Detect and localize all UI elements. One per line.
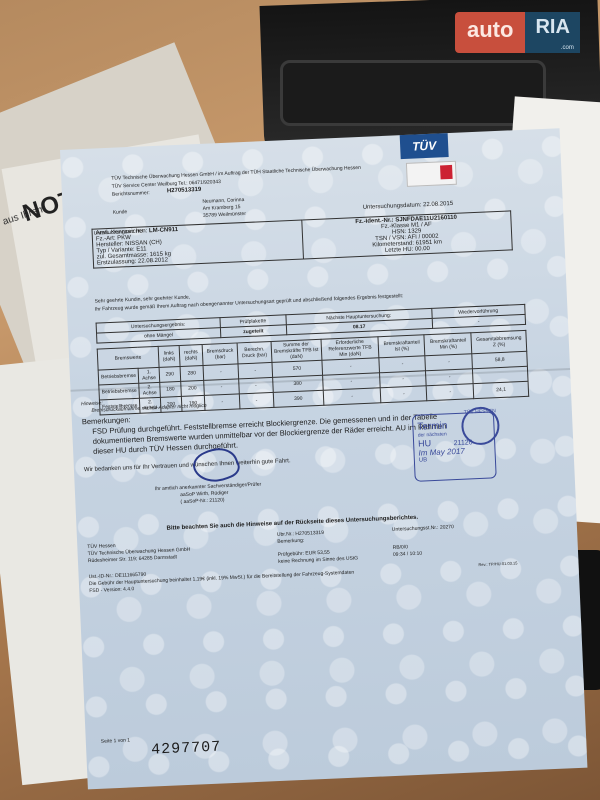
- hu-date-stamp: Termin der nächsten HU 21120 Im May 2017…: [412, 411, 497, 482]
- rev: Rev.: TP/HU-01.03.15: [478, 560, 517, 567]
- vehicle-right-col: Fz.-Ident.-Nr.: SJNFDAE11U2160110 Fz.-Kl…: [301, 211, 512, 259]
- bericht-nr: H270513319: [167, 187, 202, 194]
- tuv-inspection-report: TÜV TÜV Technische Überwachung Hessen Gm…: [60, 128, 587, 789]
- bemerkung: Bemerkung:: [277, 538, 304, 545]
- field-value: LM-CN911: [149, 227, 178, 234]
- notice: Bitte beachten Sie auch die Hinweise auf…: [166, 515, 418, 532]
- fsd-version: FSD - Version: 4.4.0: [89, 586, 134, 594]
- kunde-city: 35789 Weilmünster: [203, 211, 246, 219]
- brake-header: Summe der Bremskräfte TFB Ist (daN): [271, 339, 322, 362]
- watermark-ria-text: RIA: [535, 16, 569, 38]
- header-line-1: TÜV Technische Überwachung Hessen GmbH /…: [111, 165, 361, 182]
- brake-header: links (daN): [158, 345, 180, 367]
- brake-cell: -: [238, 362, 272, 378]
- plakette: zugeteilt: [220, 325, 287, 338]
- brake-cell: 24,1: [473, 381, 528, 398]
- vehicle-left-col: Amtl. Kennzeichen: LM-CN911 Fz.-Art: PKW…: [92, 220, 303, 268]
- watermark-auto: auto: [455, 12, 525, 53]
- hessen-crest-logo: [406, 161, 457, 187]
- brake-cell: 180: [160, 381, 182, 397]
- brake-cell: 290: [159, 366, 181, 382]
- brake-header: Gesamtabbremsung Z (%): [471, 330, 527, 353]
- watermark-ria: RIA .com: [525, 12, 579, 53]
- serial-number: 4297707: [151, 739, 222, 759]
- kunde-label: Kunde: [113, 209, 128, 216]
- autoria-watermark: auto RIA .com: [455, 12, 580, 53]
- watermark-com: .com: [561, 45, 574, 51]
- page-number: Seite 1 von 1: [101, 738, 130, 745]
- brake-cell: 200: [181, 380, 205, 396]
- brake-header: Bremskraftanteil Ist (%): [378, 335, 425, 358]
- brake-header: Erforderliche Referenzwerte TFB Min (daN…: [321, 337, 379, 360]
- brake-cell: 2. Achse: [139, 382, 160, 398]
- vehicle-data-table: Amtl. Kennzeichen: LM-CN911 Fz.-Art: PKW…: [91, 210, 512, 268]
- ubr-nr: Ubr.Nr.: H270513319: [277, 530, 324, 538]
- brake-header: Bremswerte: [97, 346, 159, 370]
- rb: RB/0/0: [393, 544, 409, 551]
- brake-header: Bremskraftanteil Min (%): [424, 333, 472, 356]
- brake-cell: -: [323, 388, 381, 405]
- crest-icon: [440, 165, 453, 180]
- wallet-strap: [280, 60, 546, 126]
- field-label: Erstzulassung:: [97, 259, 137, 267]
- brake-cell: -: [204, 379, 240, 396]
- stamp-hu: HU: [418, 438, 431, 449]
- seal-text: TÜV HESSEN: [464, 408, 496, 415]
- hinweise-label: Hinweise:: [81, 400, 103, 407]
- bericht-label: Berichtsnummer:: [112, 190, 150, 198]
- brake-header: Berechn. Druck (bar): [237, 341, 271, 363]
- untersuchungsdatum: Untersuchungsdatum: 22.08.2015: [363, 201, 454, 211]
- tuv-seal-icon: TÜV HESSEN: [461, 406, 501, 446]
- tuv-logo-icon: TÜV: [400, 133, 449, 159]
- thanks: Wir bedanken uns für Ihr Vertrauen und w…: [84, 458, 291, 473]
- untersuchungsst-nr: Untersuchungsst.Nr.: 20270: [392, 524, 454, 533]
- brake-cell: 280: [180, 365, 204, 381]
- brake-cell: 1. Achse: [138, 367, 159, 383]
- brake-cell: -: [381, 386, 428, 403]
- brake-header: Bremsdruck (bar): [202, 343, 238, 366]
- field-value: 22.08.2012: [138, 257, 168, 264]
- brake-cell: -: [427, 384, 475, 401]
- brake-cell: -: [204, 394, 240, 411]
- brake-cell: 390: [273, 390, 324, 407]
- brake-cell: -: [240, 392, 274, 408]
- brake-header: rechts (daN): [179, 344, 203, 366]
- signature-nr: ( aaSoP-Nr.: 21120): [180, 497, 224, 505]
- brake-cell: -: [239, 377, 273, 393]
- time: 09:34 / 10:10: [393, 551, 422, 558]
- brake-cell: -: [203, 364, 239, 381]
